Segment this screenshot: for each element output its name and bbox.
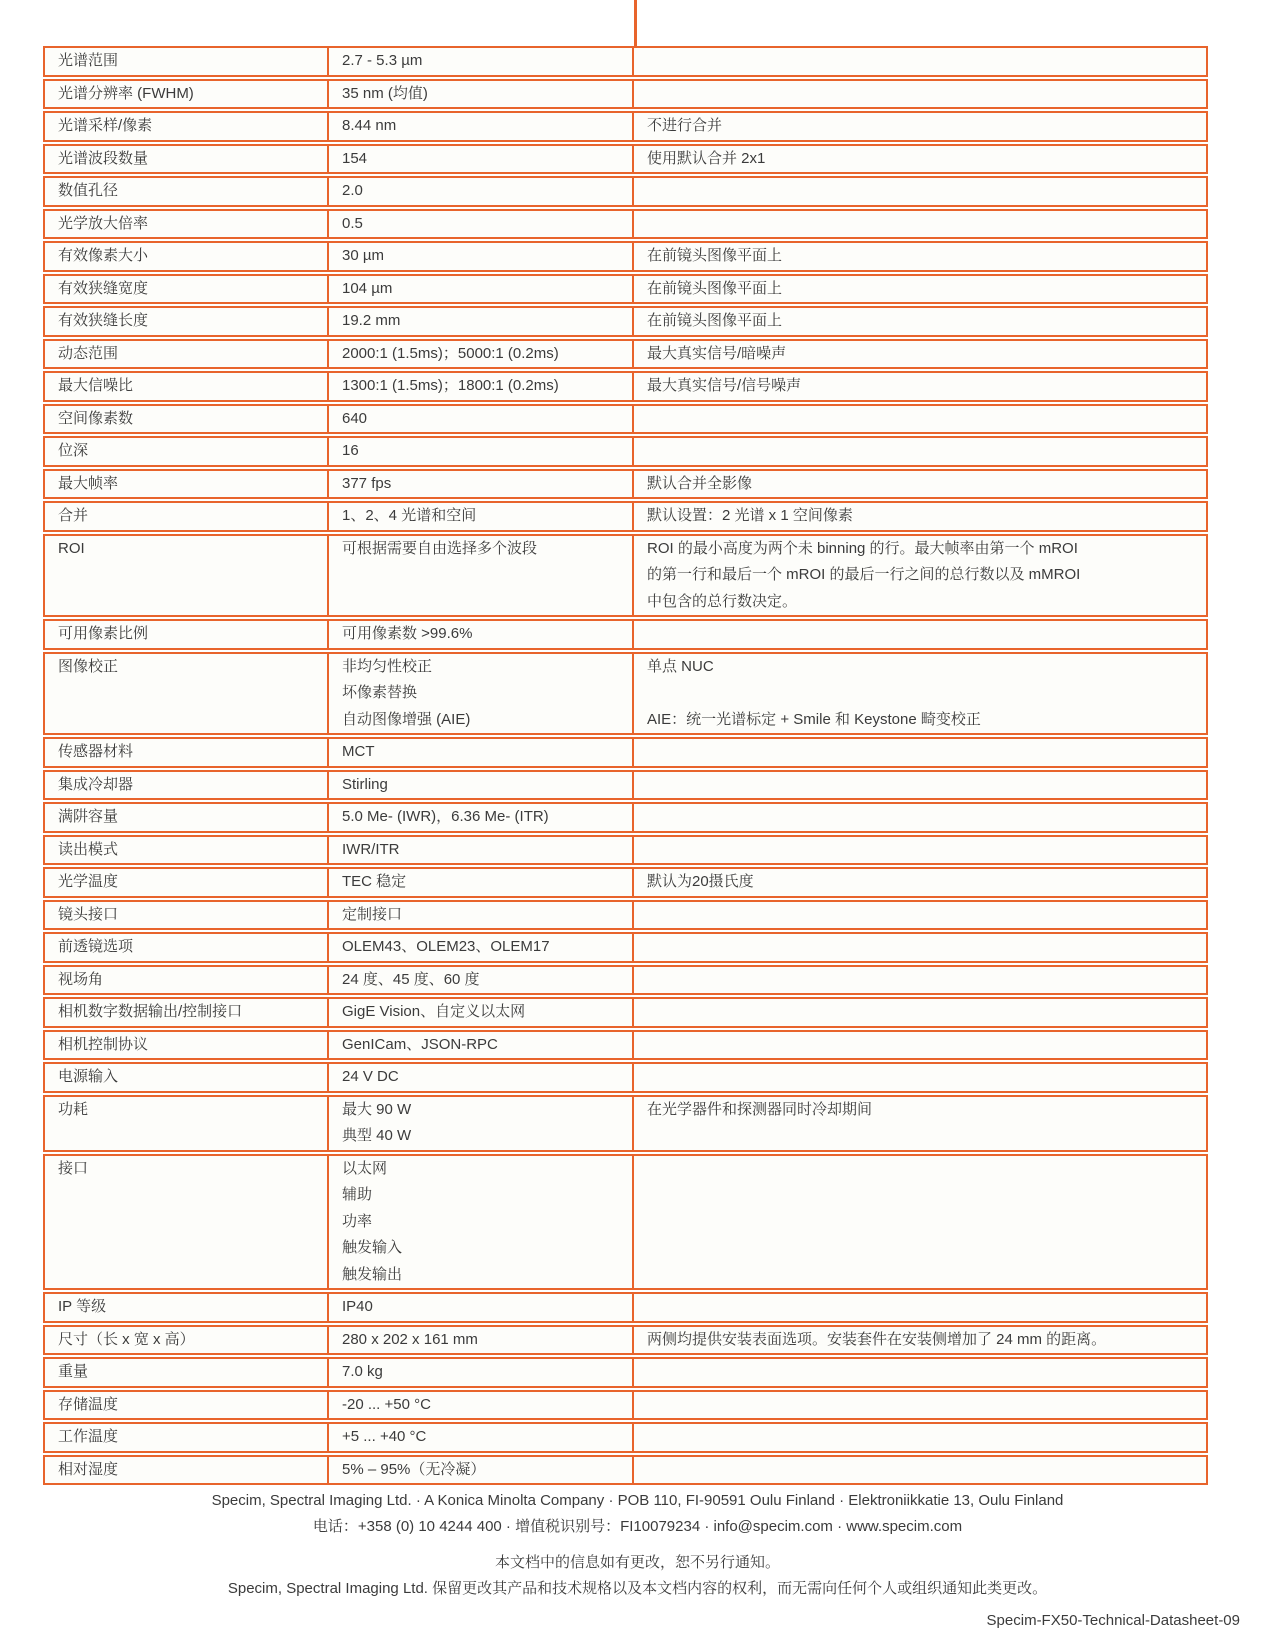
table-row: 读出模式IWR/ITR xyxy=(43,835,1208,866)
document-id: Specim-FX50-Technical-Datasheet-09 xyxy=(0,1608,1275,1634)
spec-value-cell: 7.0 kg xyxy=(329,1359,634,1386)
table-row: 有效狭缝宽度104 µm在前镜头图像平面上 xyxy=(43,274,1208,305)
spec-value-cell: 非均匀性校正 坏像素替换 自动图像增强 (AIE) xyxy=(329,654,634,734)
spec-label-cell: 有效像素大小 xyxy=(45,243,329,270)
footer-contact-line: 电话：+358 (0) 10 4244 400 · 增值税识别号：FI10079… xyxy=(0,1514,1275,1540)
spec-label-cell: 相机数字数据输出/控制接口 xyxy=(45,999,329,1026)
spec-note-cell xyxy=(634,804,1206,831)
spec-note-cell xyxy=(634,1457,1206,1484)
spec-note-cell xyxy=(634,81,1206,108)
table-row: 功耗最大 90 W 典型 40 W在光学器件和探测器同时冷却期间 xyxy=(43,1095,1208,1152)
footer-notice-line1: 本文档中的信息如有更改，恕不另行通知。 xyxy=(0,1550,1275,1576)
spec-value-cell: 5% – 95%（无冷凝） xyxy=(329,1457,634,1484)
spec-note-cell: 在前镜头图像平面上 xyxy=(634,243,1206,270)
spec-value-cell: IWR/ITR xyxy=(329,837,634,864)
spec-label-cell: 光学温度 xyxy=(45,869,329,896)
spec-note-cell xyxy=(634,1359,1206,1386)
spec-note-cell xyxy=(634,1294,1206,1321)
spec-value-cell: 16 xyxy=(329,438,634,465)
table-row: 存储温度-20 ... +50 °C xyxy=(43,1390,1208,1421)
table-row: 集成冷却器Stirling xyxy=(43,770,1208,801)
spec-label-cell: IP 等级 xyxy=(45,1294,329,1321)
spec-value-cell: 154 xyxy=(329,146,634,173)
spec-note-cell xyxy=(634,1032,1206,1059)
table-row: 可用像素比例可用像素数 >99.6% xyxy=(43,619,1208,650)
spec-note-cell: 单点 NUC AIE：统一光谱标定 + Smile 和 Keystone 畸变校… xyxy=(634,654,1206,734)
spec-label-cell: 相机控制协议 xyxy=(45,1032,329,1059)
spec-note-cell: 使用默认合并 2x1 xyxy=(634,146,1206,173)
spec-value-cell: 377 fps xyxy=(329,471,634,498)
table-row: 重量7.0 kg xyxy=(43,1357,1208,1388)
spec-note-cell: 在前镜头图像平面上 xyxy=(634,276,1206,303)
spec-value-cell: +5 ... +40 °C xyxy=(329,1424,634,1451)
table-row: 工作温度+5 ... +40 °C xyxy=(43,1422,1208,1453)
spec-note-cell xyxy=(634,1392,1206,1419)
table-row: 图像校正非均匀性校正 坏像素替换 自动图像增强 (AIE)单点 NUC AIE：… xyxy=(43,652,1208,736)
table-row: 位深16 xyxy=(43,436,1208,467)
spec-value-cell: TEC 稳定 xyxy=(329,869,634,896)
spec-note-cell: 最大真实信号/信号噪声 xyxy=(634,373,1206,400)
spec-label-cell: ROI xyxy=(45,536,329,616)
spec-label-cell: 图像校正 xyxy=(45,654,329,734)
spec-note-cell: 在光学器件和探测器同时冷却期间 xyxy=(634,1097,1206,1150)
spec-label-cell: 尺寸（长 x 宽 x 高） xyxy=(45,1327,329,1354)
table-row: 空间像素数640 xyxy=(43,404,1208,435)
spec-label-cell: 重量 xyxy=(45,1359,329,1386)
table-row: 相机控制协议GenICam、JSON-RPC xyxy=(43,1030,1208,1061)
spec-value-cell: OLEM43、OLEM23、OLEM17 xyxy=(329,934,634,961)
table-row: 尺寸（长 x 宽 x 高）280 x 202 x 161 mm两侧均提供安装表面… xyxy=(43,1325,1208,1356)
spec-note-cell xyxy=(634,934,1206,961)
table-row: 光谱采样/像素8.44 nm不进行合并 xyxy=(43,111,1208,142)
spec-note-cell: ROI 的最小高度为两个未 binning 的行。最大帧率由第一个 mROI 的… xyxy=(634,536,1206,616)
spec-value-cell: 24 V DC xyxy=(329,1064,634,1091)
spec-note-cell: 不进行合并 xyxy=(634,113,1206,140)
spec-note-cell: 默认为20摄氏度 xyxy=(634,869,1206,896)
spec-label-cell: 有效狭缝宽度 xyxy=(45,276,329,303)
spec-table: 光谱范围2.7 - 5.3 µm光谱分辨率 (FWHM)35 nm (均值)光谱… xyxy=(43,46,1208,1485)
spec-value-cell: 以太网 辅助 功率 触发输入 触发输出 xyxy=(329,1156,634,1289)
table-row: 前透镜选项OLEM43、OLEM23、OLEM17 xyxy=(43,932,1208,963)
spec-note-cell xyxy=(634,1156,1206,1289)
spec-note-cell xyxy=(634,621,1206,648)
spec-label-cell: 读出模式 xyxy=(45,837,329,864)
spec-value-cell: IP40 xyxy=(329,1294,634,1321)
spec-value-cell: 可用像素数 >99.6% xyxy=(329,621,634,648)
table-row: 传感器材料MCT xyxy=(43,737,1208,768)
spec-label-cell: 存储温度 xyxy=(45,1392,329,1419)
table-row: 光谱波段数量154使用默认合并 2x1 xyxy=(43,144,1208,175)
spec-value-cell: MCT xyxy=(329,739,634,766)
table-row: 相对湿度5% – 95%（无冷凝） xyxy=(43,1455,1208,1486)
spec-value-cell: 280 x 202 x 161 mm xyxy=(329,1327,634,1354)
spec-label-cell: 有效狭缝长度 xyxy=(45,308,329,335)
spec-label-cell: 满阱容量 xyxy=(45,804,329,831)
datasheet-page: 光谱范围2.7 - 5.3 µm光谱分辨率 (FWHM)35 nm (均值)光谱… xyxy=(0,0,1275,1649)
table-row: 光谱范围2.7 - 5.3 µm xyxy=(43,46,1208,77)
spec-value-cell: GigE Vision、自定义以太网 xyxy=(329,999,634,1026)
table-row: 满阱容量5.0 Me- (IWR)，6.36 Me- (ITR) xyxy=(43,802,1208,833)
spec-label-cell: 前透镜选项 xyxy=(45,934,329,961)
spec-label-cell: 光谱范围 xyxy=(45,48,329,75)
table-row: 动态范围2000:1 (1.5ms)；5000:1 (0.2ms)最大真实信号/… xyxy=(43,339,1208,370)
table-row: 光学放大倍率0.5 xyxy=(43,209,1208,240)
spec-label-cell: 数值孔径 xyxy=(45,178,329,205)
spec-value-cell: 最大 90 W 典型 40 W xyxy=(329,1097,634,1150)
table-row: 接口以太网 辅助 功率 触发输入 触发输出 xyxy=(43,1154,1208,1291)
spec-note-cell xyxy=(634,438,1206,465)
spec-note-cell xyxy=(634,1064,1206,1091)
spec-value-cell: 8.44 nm xyxy=(329,113,634,140)
spec-note-cell: 默认合并全影像 xyxy=(634,471,1206,498)
spec-note-cell: 在前镜头图像平面上 xyxy=(634,308,1206,335)
spec-note-cell xyxy=(634,967,1206,994)
spec-value-cell: 5.0 Me- (IWR)，6.36 Me- (ITR) xyxy=(329,804,634,831)
table-row: 电源输入24 V DC xyxy=(43,1062,1208,1093)
spec-label-cell: 光谱分辨率 (FWHM) xyxy=(45,81,329,108)
spec-label-cell: 电源输入 xyxy=(45,1064,329,1091)
spec-value-cell: 19.2 mm xyxy=(329,308,634,335)
spec-value-cell: 104 µm xyxy=(329,276,634,303)
spec-value-cell: 0.5 xyxy=(329,211,634,238)
spec-label-cell: 可用像素比例 xyxy=(45,621,329,648)
spec-note-cell: 最大真实信号/暗噪声 xyxy=(634,341,1206,368)
spec-note-cell xyxy=(634,772,1206,799)
spec-note-cell xyxy=(634,999,1206,1026)
spec-value-cell: 1300:1 (1.5ms)；1800:1 (0.2ms) xyxy=(329,373,634,400)
spec-note-cell xyxy=(634,211,1206,238)
table-row: 镜头接口定制接口 xyxy=(43,900,1208,931)
table-row: 有效像素大小30 µm在前镜头图像平面上 xyxy=(43,241,1208,272)
spec-value-cell: 24 度、45 度、60 度 xyxy=(329,967,634,994)
spec-value-cell: 2000:1 (1.5ms)；5000:1 (0.2ms) xyxy=(329,341,634,368)
spec-label-cell: 功耗 xyxy=(45,1097,329,1150)
table-row: ROI可根据需要自由选择多个波段ROI 的最小高度为两个未 binning 的行… xyxy=(43,534,1208,618)
spec-label-cell: 传感器材料 xyxy=(45,739,329,766)
spec-note-cell xyxy=(634,837,1206,864)
spec-label-cell: 合并 xyxy=(45,503,329,530)
table-row: 合并1、2、4 光谱和空间默认设置：2 光谱 x 1 空间像素 xyxy=(43,501,1208,532)
spec-note-cell xyxy=(634,178,1206,205)
spec-value-cell: 30 µm xyxy=(329,243,634,270)
spec-note-cell: 默认设置：2 光谱 x 1 空间像素 xyxy=(634,503,1206,530)
spec-value-cell: -20 ... +50 °C xyxy=(329,1392,634,1419)
spec-value-cell: 35 nm (均值) xyxy=(329,81,634,108)
spec-label-cell: 动态范围 xyxy=(45,341,329,368)
spec-label-cell: 集成冷却器 xyxy=(45,772,329,799)
table-row: 数值孔径2.0 xyxy=(43,176,1208,207)
spec-label-cell: 最大信噪比 xyxy=(45,373,329,400)
footer-company-line: Specim, Spectral Imaging Ltd. · A Konica… xyxy=(0,1488,1275,1514)
spec-note-cell xyxy=(634,739,1206,766)
spec-label-cell: 光谱波段数量 xyxy=(45,146,329,173)
spec-label-cell: 接口 xyxy=(45,1156,329,1289)
spec-note-cell xyxy=(634,406,1206,433)
spec-value-cell: GenICam、JSON-RPC xyxy=(329,1032,634,1059)
table-row: IP 等级IP40 xyxy=(43,1292,1208,1323)
page-fold-line xyxy=(634,0,637,48)
spec-value-cell: Stirling xyxy=(329,772,634,799)
footer-notice-line2: Specim, Spectral Imaging Ltd. 保留更改其产品和技术… xyxy=(0,1576,1275,1602)
spec-value-cell: 2.7 - 5.3 µm xyxy=(329,48,634,75)
spec-label-cell: 光谱采样/像素 xyxy=(45,113,329,140)
spec-value-cell: 定制接口 xyxy=(329,902,634,929)
spec-label-cell: 视场角 xyxy=(45,967,329,994)
spec-note-cell xyxy=(634,48,1206,75)
spec-note-cell xyxy=(634,902,1206,929)
table-row: 有效狭缝长度19.2 mm在前镜头图像平面上 xyxy=(43,306,1208,337)
spec-label-cell: 位深 xyxy=(45,438,329,465)
spec-label-cell: 镜头接口 xyxy=(45,902,329,929)
spec-label-cell: 最大帧率 xyxy=(45,471,329,498)
spec-label-cell: 相对湿度 xyxy=(45,1457,329,1484)
spec-label-cell: 空间像素数 xyxy=(45,406,329,433)
spec-value-cell: 可根据需要自由选择多个波段 xyxy=(329,536,634,616)
table-row: 光谱分辨率 (FWHM)35 nm (均值) xyxy=(43,79,1208,110)
spec-label-cell: 光学放大倍率 xyxy=(45,211,329,238)
spec-value-cell: 2.0 xyxy=(329,178,634,205)
table-row: 相机数字数据输出/控制接口GigE Vision、自定义以太网 xyxy=(43,997,1208,1028)
table-row: 最大信噪比1300:1 (1.5ms)；1800:1 (0.2ms)最大真实信号… xyxy=(43,371,1208,402)
spec-value-cell: 1、2、4 光谱和空间 xyxy=(329,503,634,530)
footer: Specim, Spectral Imaging Ltd. · A Konica… xyxy=(0,1488,1275,1634)
table-row: 视场角24 度、45 度、60 度 xyxy=(43,965,1208,996)
spec-value-cell: 640 xyxy=(329,406,634,433)
spec-note-cell: 两侧均提供安装表面选项。安装套件在安装侧增加了 24 mm 的距离。 xyxy=(634,1327,1206,1354)
table-row: 光学温度TEC 稳定默认为20摄氏度 xyxy=(43,867,1208,898)
spec-label-cell: 工作温度 xyxy=(45,1424,329,1451)
spec-note-cell xyxy=(634,1424,1206,1451)
table-row: 最大帧率377 fps默认合并全影像 xyxy=(43,469,1208,500)
